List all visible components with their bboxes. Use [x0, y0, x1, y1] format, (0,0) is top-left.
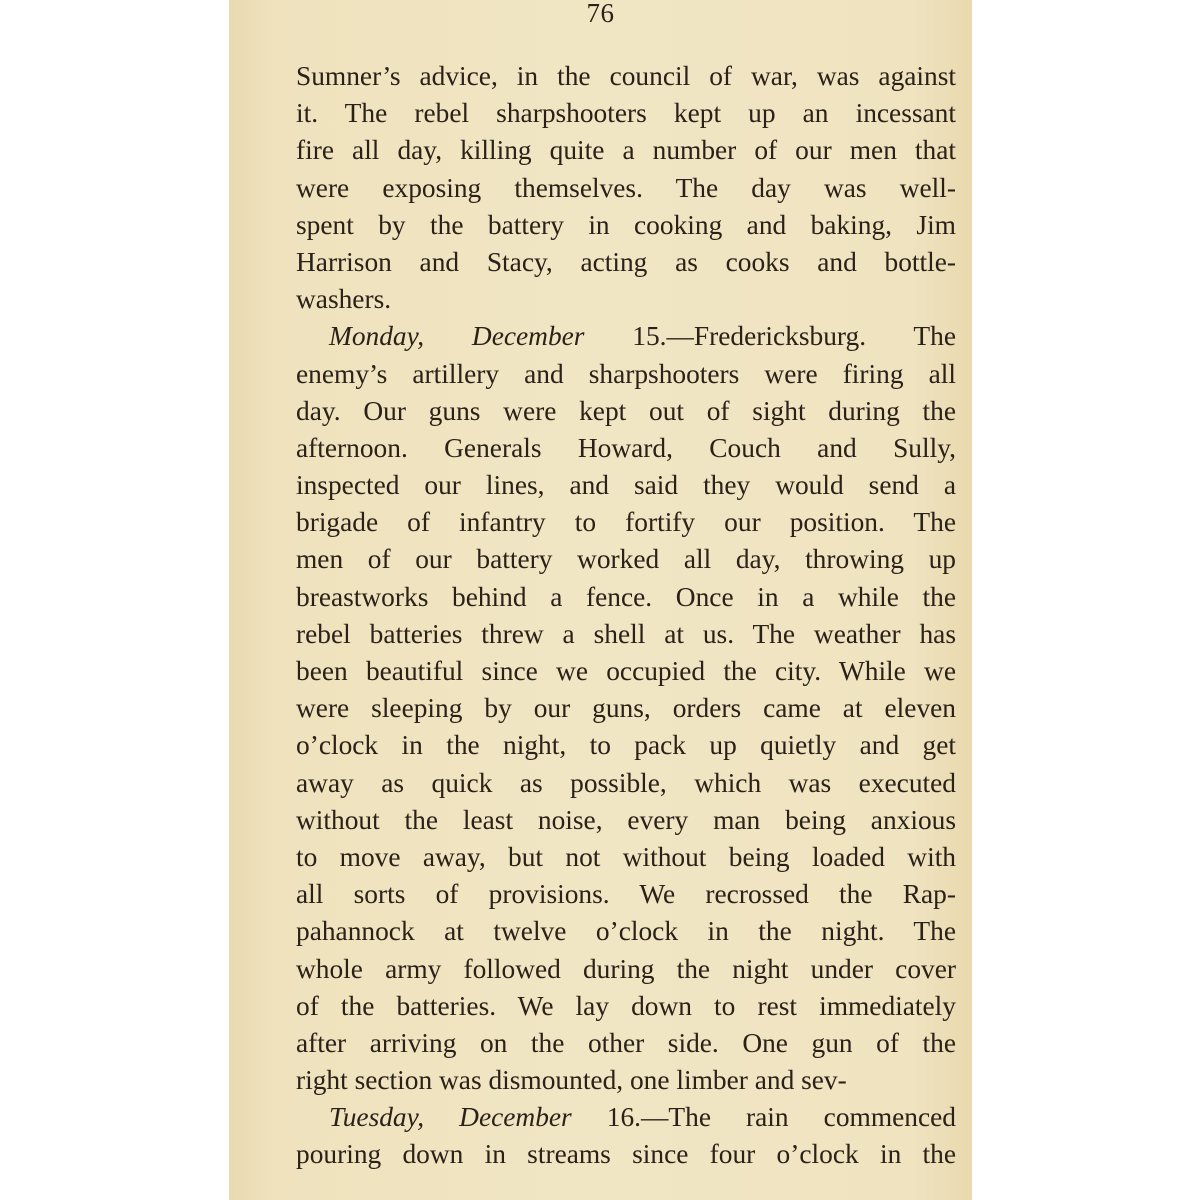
text-line: to move away, but not without being load… — [296, 839, 956, 876]
text-line: day. Our guns were kept out of sight dur… — [296, 393, 956, 430]
text-line: afternoon. Generals Howard, Couch and Su… — [296, 430, 956, 467]
text-line: without the least noise, every man being… — [296, 802, 956, 839]
text-line: right section was dismounted, one limber… — [296, 1062, 956, 1099]
text-line: of the batteries. We lay down to rest im… — [296, 988, 956, 1025]
text-line: whole army followed during the night und… — [296, 951, 956, 988]
text-line: spent by the battery in cooking and baki… — [296, 207, 956, 244]
text-line: away as quick as possible, which was exe… — [296, 765, 956, 802]
diary-entry-december-16: Tuesday, December 16.—The rain commenced… — [296, 1099, 956, 1173]
entry-dateline: Monday, December — [329, 321, 584, 351]
text-line: pahannock at twelve o’clock in the night… — [296, 913, 956, 950]
text-line: inspected our lines, and said they would… — [296, 467, 956, 504]
text-line: washers. — [296, 281, 956, 318]
text-line: were sleeping by our guns, orders came a… — [296, 690, 956, 727]
text-line: it. The rebel sharpshooters kept up an i… — [296, 95, 956, 132]
text-line: Sumner’s advice, in the council of war, … — [296, 58, 956, 95]
text-line: after arriving on the other side. One gu… — [296, 1025, 956, 1062]
page-number: 76 — [229, 0, 972, 29]
entry-date-number: 15. — [632, 321, 666, 351]
entry-date-number: 16. — [607, 1102, 641, 1132]
text-line: all sorts of provisions. We recrossed th… — [296, 876, 956, 913]
text-line: brigade of infantry to fortify our posit… — [296, 504, 956, 541]
text-line: breastworks behind a fence. Once in a wh… — [296, 579, 956, 616]
entry-heading-line: Monday, December 15.—Fredericksburg. The — [296, 318, 956, 355]
text-line: Harrison and Stacy, acting as cooks and … — [296, 244, 956, 281]
text-line: enemy’s artillery and sharpshooters were… — [296, 356, 956, 393]
text-line: rebel batteries threw a shell at us. The… — [296, 616, 956, 653]
text-line: fire all day, killing quite a number of … — [296, 132, 956, 169]
paragraph-continuation: Sumner’s advice, in the council of war, … — [296, 58, 956, 318]
text-line: men of our battery worked all day, throw… — [296, 541, 956, 578]
entry-heading-line: Tuesday, December 16.—The rain commenced — [296, 1099, 956, 1136]
text-line: o’clock in the night, to pack up quietly… — [296, 727, 956, 764]
entry-first-line-text: —Fredericksburg. The — [667, 321, 956, 351]
entry-dateline: Tuesday, December — [329, 1102, 572, 1132]
text-line: pouring down in streams since four o’clo… — [296, 1136, 956, 1173]
text-line: been beautiful since we occupied the cit… — [296, 653, 956, 690]
entry-first-line-text: —The rain commenced — [641, 1102, 956, 1132]
book-page: 76 Sumner’s advice, in the council of wa… — [229, 0, 972, 1200]
text-line: were exposing themselves. The day was we… — [296, 170, 956, 207]
diary-entry-december-15: Monday, December 15.—Fredericksburg. The… — [296, 318, 956, 1099]
page-body-text: Sumner’s advice, in the council of war, … — [296, 58, 956, 1174]
